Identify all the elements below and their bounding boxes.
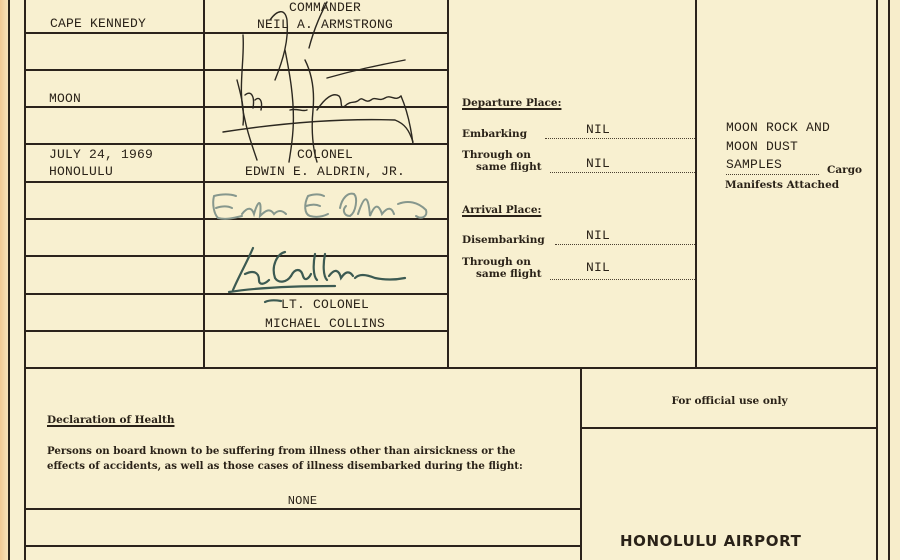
disembarking-value: NIL <box>586 228 610 243</box>
column-divider-3 <box>695 0 697 368</box>
frame-line-right-inner <box>876 0 878 560</box>
official-use-heading: For official use only <box>582 395 877 407</box>
disembarking-dotted-line <box>555 244 695 245</box>
crew-rank-colonel: COLONEL <box>205 147 445 162</box>
cargo-label: Cargo <box>827 164 862 176</box>
through-departure-dotted-line <box>550 172 695 173</box>
crew-rank-lt-colonel: LT. COLONEL <box>205 297 445 312</box>
through-arrival-value: NIL <box>586 260 610 275</box>
embarking-value: NIL <box>586 122 610 137</box>
health-heading: Declaration of Health <box>47 414 175 426</box>
cargo-line-3: SAMPLES <box>726 157 782 172</box>
through-arrival-label-line2: same flight <box>476 268 542 280</box>
cargo-dotted-line <box>726 174 819 175</box>
crew-name-collins: MICHAEL COLLINS <box>205 316 445 331</box>
embarking-label: Embarking <box>462 128 527 140</box>
through-arrival-label-line1: Through on <box>462 256 531 268</box>
armstrong-signature <box>215 0 435 165</box>
row-line <box>24 181 448 183</box>
frame-line-left-outer <box>8 0 10 560</box>
through-departure-label-line2: same flight <box>476 161 542 173</box>
disembarking-label: Disembarking <box>462 234 545 246</box>
arrival-place-value: HONOLULU <box>49 164 113 179</box>
column-divider-2 <box>447 0 449 368</box>
official-header-line <box>580 427 877 429</box>
through-departure-label-line1: Through on <box>462 149 531 161</box>
section-divider <box>24 367 877 369</box>
departure-from-value: CAPE KENNEDY <box>50 16 146 31</box>
aldrin-signature <box>208 186 433 226</box>
collins-signature <box>225 244 415 304</box>
arrival-date-value: JULY 24, 1969 <box>49 147 153 162</box>
health-row-line <box>24 545 581 547</box>
destination-value: MOON <box>49 91 81 106</box>
frame-line-right-outer <box>888 0 890 560</box>
departure-place-heading: Departure Place: <box>462 97 561 109</box>
crew-name-aldrin: EDWIN E. ALDRIN, JR. <box>205 164 445 179</box>
through-arrival-dotted-line <box>550 279 695 280</box>
paper-sheet <box>9 0 889 560</box>
cargo-line-2: MOON DUST <box>726 139 798 154</box>
arrival-place-heading: Arrival Place: <box>462 204 541 216</box>
document-page: CAPE KENNEDY MOON JULY 24, 1969 HONOLULU… <box>0 0 900 560</box>
through-departure-value: NIL <box>586 156 610 171</box>
column-divider-1 <box>203 0 205 368</box>
manifests-attached-label: Manifests Attached <box>725 179 839 191</box>
honolulu-airport-stamp: HONOLULU AIRPORT <box>620 532 801 550</box>
health-text: Persons on board known to be suffering f… <box>47 444 557 473</box>
embarking-dotted-line <box>545 138 695 139</box>
cargo-line-1: MOON ROCK AND <box>726 120 830 135</box>
health-row-line <box>24 508 581 510</box>
health-value: NONE <box>24 494 581 508</box>
frame-line-left-inner <box>24 0 26 560</box>
